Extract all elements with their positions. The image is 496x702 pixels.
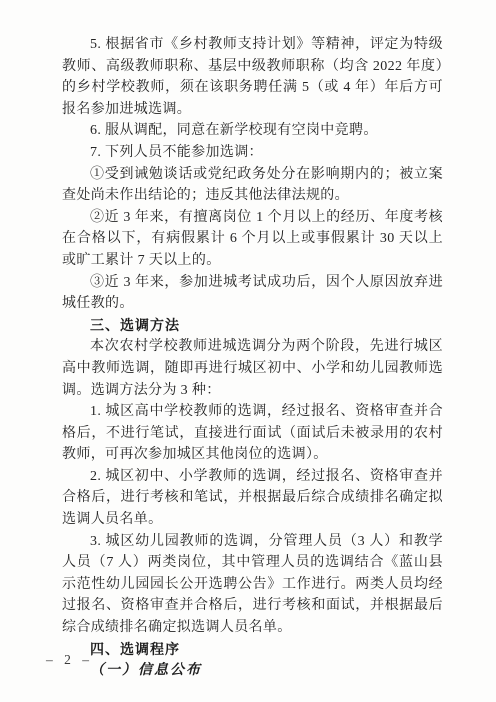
paragraph: ③近 3 年来，参加进城考试成功后，因个人原因放弃进城任教的。: [62, 272, 443, 315]
page-number: – 2 –: [46, 652, 93, 668]
paragraph: 1. 城区高中学校教师的选调，经过报名、资格审查并合格后，不进行笔试，直接进行面…: [62, 401, 443, 466]
document-body: 5. 根据省市《乡村教师支持计划》等精神，评定为特级教师、高级教师职称、基层中级…: [62, 34, 443, 682]
section-heading: 四、选调程序: [62, 639, 443, 661]
paragraph: 6. 服从调配，同意在新学校现有空岗中竞聘。: [62, 120, 443, 142]
paragraph: 2. 城区初中、小学教师的选调，经过报名、资格审查并合格后，进行考核和笔试，并根…: [62, 466, 443, 531]
paragraph: ①受到诫勉谈话或党纪政务处分在影响期内的；被立案查处尚未作出结论的；违反其他法律…: [62, 164, 443, 207]
paragraph: 7. 下列人员不能参加选调：: [62, 142, 443, 164]
paragraph: ②近 3 年来，有擅离岗位 1 个月以上的经历、年度考核在合格以下，有病假累计 …: [62, 207, 443, 272]
paragraph: 3. 城区幼儿园教师的选调，分管理人员（3 人）和教学人员（7 人）两类岗位，其…: [62, 531, 443, 639]
section-heading: （一）信息公布: [62, 660, 443, 682]
paragraph: 5. 根据省市《乡村教师支持计划》等精神，评定为特级教师、高级教师职称、基层中级…: [62, 34, 443, 120]
paragraph: 本次农村学校教师进城选调分为两个阶段，先进行城区高中教师选调，随即再进行城区初中…: [62, 336, 443, 401]
document-page: 5. 根据省市《乡村教师支持计划》等精神，评定为特级教师、高级教师职称、基层中级…: [0, 0, 496, 702]
section-heading: 三、选调方法: [62, 315, 443, 337]
